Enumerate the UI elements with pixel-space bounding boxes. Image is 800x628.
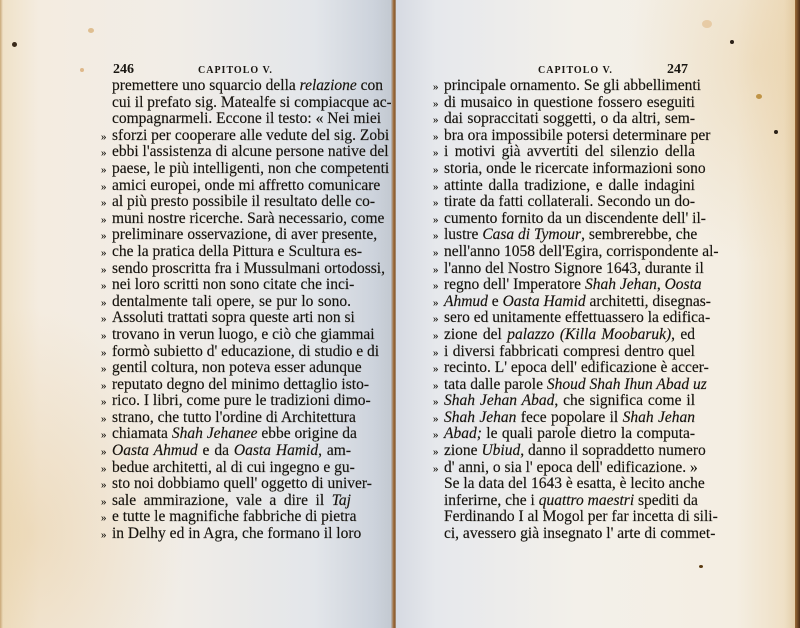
open-book: 246 CAPITOLO V. premettere uno squarcio … [0,0,800,628]
text-run: principale ornamento. Se gli abbelliment… [444,77,701,94]
italic-text: Abad; [444,425,482,442]
text-run: tirate da fatti collaterali. Secondo un … [444,193,695,210]
text-run: , [657,276,665,293]
text-line: cui il prefato sig. Matealfe si compiacq… [101,95,351,112]
text-run: cumento fornito da un discendente dell' … [444,210,706,227]
text-run: recinto. L' epoca dell' edificazione è a… [444,359,709,376]
text-run: che la pratica della Pittura e Scultura … [112,243,362,260]
right-page-body: »principale ornamento. Se gli abbellimen… [433,78,695,543]
right-page: CAPITOLO V. 247 »principale ornamento. S… [396,0,796,628]
text-line: »principale ornamento. Se gli abbellimen… [433,78,695,95]
text-run: storia, onde le ricercate informazioni s… [444,160,706,177]
quote-mark: » [433,212,444,229]
italic-text: Shoud Shah Ihun Abad uz [547,376,707,393]
text-run: , danno il sopraddetto numero [520,442,706,459]
quote-mark: » [101,510,112,527]
text-run: dentalmente tali opere, se pur lo sono. [112,293,351,310]
text-run: le quali parole dietro la computa- [482,425,695,442]
quote-mark: » [101,394,112,411]
text-line: Se la data del 1643 è esatta, è lecito a… [433,476,695,493]
text-run: zione [444,442,481,459]
text-line: »regno dell' Imperatore Shah Jehan, Oost… [433,277,695,294]
text-run: con [357,77,383,94]
quote-mark: » [433,145,444,162]
quote-mark: » [101,311,112,328]
quote-mark: » [101,477,112,494]
text-run: inferirne, che i [444,492,539,509]
text-run: Se la data del 1643 è esatta, è lecito a… [444,475,705,492]
foxing-spot [80,68,84,72]
text-run: sero ed unitamente effettuassero la edif… [444,309,710,326]
quote-mark: » [101,212,112,229]
text-line: »lustre Casa di Tymour, sembrerebbe, che [433,227,695,244]
text-line: »attinte dalla tradizione, e dalle indag… [433,178,695,195]
text-run: di musaico in questione fossero eseguiti [444,94,695,111]
page-number-left: 246 [113,62,134,78]
cover-edge-right [795,0,800,628]
text-run: trovano in verun luogo, e ciò che giamma… [112,326,375,343]
text-line: »Shah Jehan Abad, che significa come il [433,393,695,410]
quote-mark: » [101,444,112,461]
text-line: »paese, le più intelligenti, non che com… [101,161,351,178]
text-run: muni nostre ricerche. Sarà necessario, c… [112,210,384,227]
quote-mark: » [101,378,112,395]
foxing-spot [730,40,734,44]
text-line: »i diversi fabbricati compresi dentro qu… [433,344,695,361]
quote-mark: » [433,278,444,295]
text-run: rico. I libri, come pure le tradizioni d… [112,392,371,409]
quote-mark: » [433,228,444,245]
quote-mark: » [433,461,444,478]
text-run: fece popolare il [516,409,622,426]
text-run: paese, le più intelligenti, non che comp… [112,160,389,177]
text-run: bedue architetti, al di cui ingegno e gu… [112,459,355,476]
quote-mark: » [101,494,112,511]
text-line: »amici europei, onde mi affretto comunic… [101,178,351,195]
text-line: »ebbi l'assistenza di alcune persone nat… [101,144,351,161]
text-line: premettere uno squarcio della relazione … [101,78,351,95]
italic-text: palazzo (Killa Moobaruk) [507,326,671,343]
text-run: al più presto possibile il resultato del… [112,193,375,210]
text-run: ci, avessero già insegnato l' arte di co… [444,525,715,542]
quote-mark: » [433,79,444,96]
quote-mark: » [101,411,112,428]
text-run: premettere uno squarcio della [112,77,300,94]
text-run: , che significa come il [554,392,695,409]
text-run: reputato degno del minimo dettaglio isto… [112,376,369,393]
text-line: »nei loro scritti non sono citate che in… [101,277,351,294]
text-run: tata dalle parole [444,376,547,393]
text-line: »tata dalle parole Shoud Shah Ihun Abad … [433,377,695,394]
text-line: compagnarmeli. Eccone il testo: « Nei mi… [101,111,351,128]
text-run: regno dell' Imperatore [444,276,585,293]
quote-mark: » [101,162,112,179]
text-run: ebbi l'assistenza di alcune persone nati… [112,143,389,160]
quote-mark: » [101,527,112,544]
quote-mark: » [433,179,444,196]
text-line: »sale ammirazione, vale a dire il Taj [101,493,351,510]
text-line: »tirate da fatti collaterali. Secondo un… [433,194,695,211]
italic-text: Shah Jehan [444,409,516,426]
text-line: »sendo proscritta fra i Mussulmani ortod… [101,261,351,278]
text-run: attinte dalla tradizione, e dalle indagi… [444,177,695,194]
italic-text: Oasta Ahmud [112,442,198,459]
foxing-spot [699,565,703,568]
quote-mark: » [101,295,112,312]
text-line: »Assoluti trattati sopra queste arti non… [101,310,351,327]
quote-mark: » [433,262,444,279]
italic-text: Oasta Hamid [503,293,586,310]
text-line: »strano, che tutto l'ordine di Architett… [101,410,351,427]
text-line: »d' anni, o sia l' epoca dell' edificazi… [433,460,695,477]
text-run: , am- [318,442,351,459]
italic-text: Casa di Tymour [482,226,581,243]
text-run: formò subietto d' educazione, di studio … [112,343,379,360]
text-line: »sforzi per cooperare alle vedute del si… [101,128,351,145]
text-run: zione del [444,326,507,343]
quote-mark: » [101,245,112,262]
text-run: e tutte le magnifiche fabbriche di pietr… [112,508,356,525]
text-line: »che la pratica della Pittura e Scultura… [101,244,351,261]
text-run: Ferdinando I al Mogol per far incetta di… [444,508,718,525]
foxing-spot [774,130,778,134]
text-run: , sembrerebbe, che [581,226,697,243]
italic-text: Ahmud [444,293,488,310]
text-line: »zione del palazzo (Killa Moobaruk), ed [433,327,695,344]
text-run: e da [198,442,234,459]
text-line: »gentil coltura, non poteva esser adunqu… [101,360,351,377]
foxing-spot [756,94,762,99]
text-run: chiamata [112,425,172,442]
text-line: »trovano in verun luogo, e ciò che giamm… [101,327,351,344]
text-run: i motivi già avvertiti del silenzio dell… [444,143,695,160]
left-page-edge [0,0,3,628]
text-run: i diversi fabbricati compresi dentro que… [444,343,695,360]
left-page-body: premettere uno squarcio della relazione … [101,78,351,543]
text-line: ci, avessero già insegnato l' arte di co… [433,526,695,543]
quote-mark: » [101,195,112,212]
text-line: »dai sopraccitati soggetti, o da altri, … [433,111,695,128]
quote-mark: » [433,361,444,378]
text-line: »reputato degno del minimo dettaglio ist… [101,377,351,394]
text-run: nell'anno 1058 dell'Egira, corrispondent… [444,243,719,260]
text-line: »bra ora impossibile potersi determinare… [433,128,695,145]
text-line: »chiamata Shah Jehanee ebbe origine da [101,426,351,443]
text-line: »cumento fornito da un discendente dell'… [433,211,695,228]
text-run: strano, che tutto l'ordine di Architettu… [112,409,356,426]
text-run: Assoluti trattati sopra queste arti non … [112,309,355,326]
running-head-right: CAPITOLO V. [538,65,613,76]
text-run: e [488,293,503,310]
text-run: in Delhy ed in Agra, che formano il loro [112,525,361,542]
quote-mark: » [101,427,112,444]
quote-mark: » [433,195,444,212]
quote-mark: » [101,328,112,345]
quote-mark: » [101,262,112,279]
text-line: »nell'anno 1058 dell'Egira, corrisponden… [433,244,695,261]
italic-text: Shah Jehanee [172,425,258,442]
foxing-spot [702,20,712,28]
italic-text: Taj [332,492,351,509]
text-line: »l'anno del Nostro Signore 1643, durante… [433,261,695,278]
quote-mark: » [433,427,444,444]
text-line: »in Delhy ed in Agra, che formano il lor… [101,526,351,543]
quote-mark: » [101,145,112,162]
quote-mark: » [101,179,112,196]
quote-mark: » [433,112,444,129]
text-run: l'anno del Nostro Signore 1643, durante … [444,260,704,277]
text-line: »i motivi già avvertiti del silenzio del… [433,144,695,161]
text-run: cui il prefato sig. Matealfe si compiacq… [112,94,392,111]
quote-mark: » [433,311,444,328]
text-run: ebbe origine da [257,425,356,442]
text-line: »storia, onde le ricercate informazioni … [433,161,695,178]
italic-text: quattro maestri [539,492,634,509]
quote-mark: » [101,361,112,378]
text-run: gentil coltura, non poteva esser adunque [112,359,362,376]
text-line: »di musaico in questione fossero eseguit… [433,95,695,112]
foxing-spot [88,28,94,33]
text-line: »muni nostre ricerche. Sarà necessario, … [101,211,351,228]
left-page: 246 CAPITOLO V. premettere uno squarcio … [0,0,393,628]
running-head-left: CAPITOLO V. [198,65,273,76]
text-line: »e tutte le magnifiche fabbriche di piet… [101,509,351,526]
text-line: »sto noi dobbiamo quell' oggetto di univ… [101,476,351,493]
text-line: »al più presto possibile il resultato de… [101,194,351,211]
quote-mark: » [101,345,112,362]
page-number-right: 247 [667,62,688,78]
text-run: preliminare osservazione, di aver presen… [112,226,377,243]
text-line: »rico. I libri, come pure le tradizioni … [101,393,351,410]
text-run: , ed [671,326,695,343]
text-run: amici europei, onde mi affretto comunica… [112,177,380,194]
text-run: dai sopraccitati soggetti, o da altri, s… [444,110,695,127]
quote-mark: » [433,295,444,312]
quote-mark: » [433,411,444,428]
text-run: nei loro scritti non sono citate che inc… [112,276,354,293]
quote-mark: » [433,394,444,411]
quote-mark: » [433,345,444,362]
text-run: sforzi per cooperare alle vedute del sig… [112,127,389,144]
text-line: inferirne, che i quattro maestri spediti… [433,493,695,510]
quote-mark: » [433,378,444,395]
text-run: bra ora impossibile potersi determinare … [444,127,710,144]
text-line: »dentalmente tali opere, se pur lo sono. [101,294,351,311]
text-line: »Abad; le quali parole dietro la computa… [433,426,695,443]
italic-text: Shah Jehan Abad [444,392,554,409]
quote-mark: » [433,96,444,113]
quote-mark: » [433,444,444,461]
text-line: »sero ed unitamente effettuassero la edi… [433,310,695,327]
foxing-spot [12,42,17,47]
italic-text: Shah Jehan [585,276,657,293]
text-run: lustre [444,226,482,243]
text-line: »recinto. L' epoca dell' edificazione è … [433,360,695,377]
text-run: sale ammirazione, vale a dire il [112,492,332,509]
text-run: sto noi dobbiamo quell' oggetto di unive… [112,475,372,492]
text-run: compagnarmeli. Eccone il testo: « Nei mi… [112,110,381,127]
quote-mark: » [433,162,444,179]
quote-mark: » [433,245,444,262]
quote-mark: » [101,461,112,478]
text-line: »Oasta Ahmud e da Oasta Hamid, am- [101,443,351,460]
quote-mark: » [101,278,112,295]
text-run: sendo proscritta fra i Mussulmani ortodo… [112,260,385,277]
italic-text: Ubiud [481,442,520,459]
text-run: architetti, disegnas- [586,293,711,310]
text-line: Ferdinando I al Mogol per far incetta di… [433,509,695,526]
text-line: »Ahmud e Oasta Hamid architetti, disegna… [433,294,695,311]
text-line: »zione Ubiud, danno il sopraddetto numer… [433,443,695,460]
italic-text: Oosta [665,276,702,293]
text-line: »bedue architetti, al di cui ingegno e g… [101,460,351,477]
italic-text: relazione [300,77,357,94]
italic-text: Oasta Hamid [234,442,318,459]
text-line: »preliminare osservazione, di aver prese… [101,227,351,244]
text-run: spediti da [634,492,698,509]
quote-mark: » [101,228,112,245]
quote-mark: » [433,328,444,345]
text-run: d' anni, o sia l' epoca dell' edificazio… [444,459,698,476]
italic-text: Shah Jehan [623,409,695,426]
text-line: »Shah Jehan fece popolare il Shah Jehan [433,410,695,427]
text-line: »formò subietto d' educazione, di studio… [101,344,351,361]
quote-mark: » [433,129,444,146]
quote-mark: » [101,129,112,146]
